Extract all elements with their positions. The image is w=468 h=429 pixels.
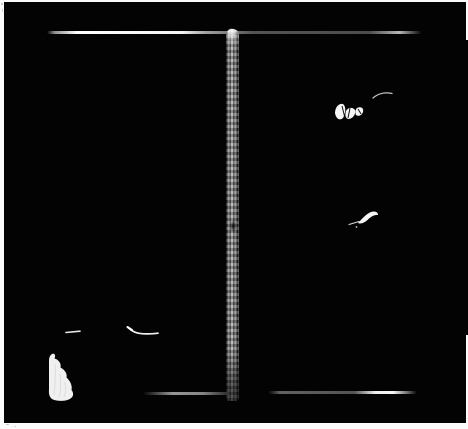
curved-swoosh-highlight [128, 327, 159, 334]
bird-tail-line [349, 222, 359, 225]
small-dash-highlight [66, 331, 80, 332]
bird-light-shape [349, 211, 378, 227]
bird-body [358, 211, 378, 223]
small-arc-highlight [373, 93, 392, 98]
patch-shape [49, 354, 73, 401]
highlight-shapes-overlay [0, 0, 468, 429]
bird-speck [356, 226, 358, 228]
moth-light-blob [335, 104, 363, 120]
swoosh-hook [128, 327, 133, 330]
scanned-dark-photo-page: { "scene": { "kind": "underexposed-photo… [0, 0, 468, 429]
moth-lobe-middle [345, 108, 355, 119]
bottom-left-light-patch [49, 354, 73, 401]
